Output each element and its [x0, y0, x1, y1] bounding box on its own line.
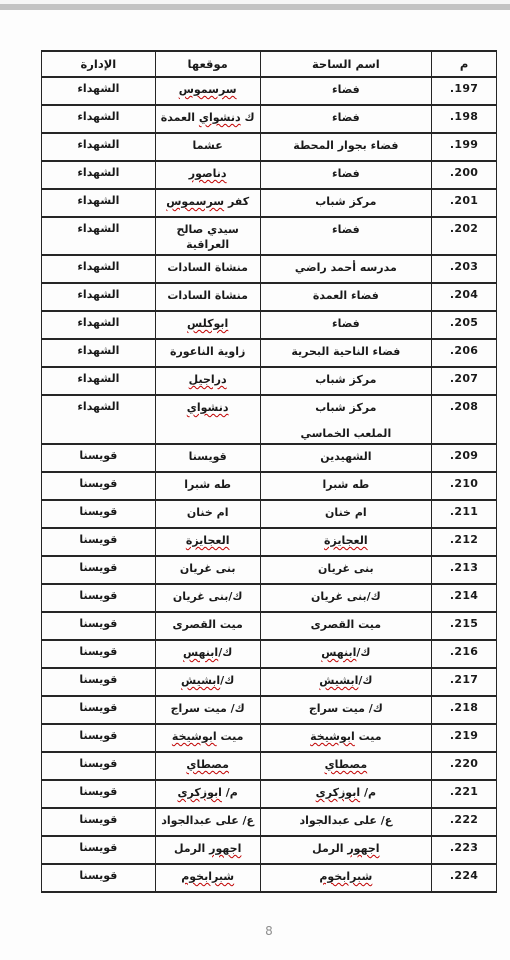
text-segment: الملعب الخماسي [300, 427, 391, 440]
cell-row-number: 208. [432, 395, 497, 444]
text-segment: زاوية الناعورة [170, 345, 245, 358]
cell-field-name: فضاء [260, 105, 432, 133]
cell-admin: الشهداء [42, 255, 156, 283]
cell-location: كفر سرسموس [155, 189, 260, 217]
table-row: 221.م/ ابوزكرىم/ ابوزكرىقويسنا [42, 780, 497, 808]
text-segment: الرمل [312, 842, 347, 855]
cell-line: فضاء [263, 222, 430, 237]
text-segment: العمدة [161, 111, 199, 124]
cell-line: شبرابخوم [158, 869, 258, 884]
misspelled-text-segment: ابوكلس [187, 317, 228, 330]
table-header: م اسم الساحة موقعها الإدارة [42, 51, 497, 77]
cell-location: ك/بنى غريان [155, 584, 260, 612]
text-segment: ع/ على عبدالجواد [299, 814, 392, 827]
table-row: 197.فضاءسرسموسالشهداء [42, 77, 497, 105]
cell-line: فضاء بجوار المحطة [263, 138, 430, 153]
text-segment: طه شبرا [184, 478, 231, 491]
cell-location: ام خنان [155, 500, 260, 528]
text-segment: ك/ [358, 674, 372, 687]
cell-line: ك/بنى غريان [263, 589, 430, 604]
cell-line: شبرابخوم [263, 869, 430, 884]
text-segment: ميت [355, 730, 382, 743]
cell-field-name: ام خنان [260, 500, 432, 528]
cell-admin: قويسنا [42, 444, 156, 472]
text-segment: منشاة السادات [167, 261, 248, 274]
cell-admin: الشهداء [42, 133, 156, 161]
cell-row-number: 210. [432, 472, 497, 500]
cell-line: بنى غريان [263, 561, 430, 576]
cell-admin: قويسنا [42, 668, 156, 696]
cell-location: ميت ابوشيخة [155, 724, 260, 752]
table-row: 217.ك/ابشيشك/ابشيشقويسنا [42, 668, 497, 696]
cell-admin: الشهداء [42, 105, 156, 133]
cell-admin: قويسنا [42, 836, 156, 864]
cell-line: م/ ابوزكرى [158, 785, 258, 800]
cell-admin: قويسنا [42, 640, 156, 668]
text-segment: فضاء [332, 223, 360, 236]
cell-line: قويسنا [158, 449, 258, 464]
misspelled-text-segment: ابوشيخة [310, 730, 355, 743]
cell-field-name: فضاء [260, 77, 432, 105]
cell-row-number: 203. [432, 255, 497, 283]
text-segment: ميت [217, 730, 244, 743]
cell-line: ك/بنى غريان [158, 589, 258, 604]
text-segment: مدرسه أحمد راضي [295, 261, 397, 274]
cell-line: كفر سرسموس [158, 194, 258, 209]
text-segment: كفر [224, 195, 249, 208]
cell-admin: قويسنا [42, 612, 156, 640]
cell-field-name: ك/بنى غريان [260, 584, 432, 612]
text-segment: فضاء العمدة [313, 289, 379, 302]
table-row: 219.ميت ابوشيخةميت ابوشيخةقويسنا [42, 724, 497, 752]
cell-row-number: 197. [432, 77, 497, 105]
cell-line: ام خنان [158, 505, 258, 520]
table-row: 220.مصطايمصطايقويسنا [42, 752, 497, 780]
misspelled-text-segment: دناصور [189, 167, 227, 180]
cell-line: فضاء الناحية البحرية [263, 344, 430, 359]
cell-row-number: 200. [432, 161, 497, 189]
text-segment: الرمل [174, 842, 209, 855]
cell-row-number: 199. [432, 133, 497, 161]
fields-table-container: م اسم الساحة موقعها الإدارة 197.فضاءسرسم… [41, 50, 497, 893]
cell-location: مصطاي [155, 752, 260, 780]
text-segment: ميت القصرى [172, 618, 242, 631]
cell-line: اجهور الرمل [263, 841, 430, 856]
text-segment: فضاء [332, 111, 360, 124]
cell-row-number: 221. [432, 780, 497, 808]
cell-location: دنشواي [155, 395, 260, 444]
cell-row-number: 206. [432, 339, 497, 367]
misspelled-text-segment: شبرابخوم [181, 870, 234, 883]
cell-line: فضاء [263, 316, 430, 331]
misspelled-text-segment: مصطاي [325, 758, 368, 771]
cell-row-number: 218. [432, 696, 497, 724]
cell-location: سيدي صالحالعراقية [155, 217, 260, 255]
cell-admin: قويسنا [42, 808, 156, 836]
cell-line: ك/ابنهس [158, 645, 258, 660]
header-cell-name: اسم الساحة [260, 51, 432, 77]
cell-field-name: فضاء [260, 161, 432, 189]
cell-line: ام خنان [263, 505, 430, 520]
cell-line: ميت القصرى [263, 617, 430, 632]
text-segment: مركز شباب [315, 373, 376, 386]
cell-field-name: فضاء الناحية البحرية [260, 339, 432, 367]
cell-field-name: مدرسه أحمد راضي [260, 255, 432, 283]
cell-line: العجايزة [158, 533, 258, 548]
cell-line: ميت ابوشيخة [263, 729, 430, 744]
cell-field-name: مصطاي [260, 752, 432, 780]
cell-location: منشاة السادات [155, 283, 260, 311]
cell-admin: الشهداء [42, 161, 156, 189]
cell-location: عشما [155, 133, 260, 161]
text-segment: بنى غريان [180, 562, 236, 575]
cell-line: الملعب الخماسي [263, 426, 430, 441]
cell-line: سرسموس [158, 82, 258, 97]
cell-field-name: ك/ابنهس [260, 640, 432, 668]
cell-field-name: العجايزة [260, 528, 432, 556]
cell-line: فضاء [263, 166, 430, 181]
cell-field-name: ميت القصرى [260, 612, 432, 640]
misspelled-text-segment: ابشيش [319, 674, 358, 687]
cell-field-name: شبرابخوم [260, 864, 432, 892]
cell-field-name: فضاء العمدة [260, 283, 432, 311]
cell-line: ابوكلس [158, 316, 258, 331]
cell-location: زاوية الناعورة [155, 339, 260, 367]
cell-admin: الشهداء [42, 189, 156, 217]
misspelled-text-segment: ابوزكرى [316, 786, 360, 799]
text-segment: قويسنا [189, 450, 227, 463]
cell-field-name: فضاء [260, 311, 432, 339]
cell-line: طه شبرا [158, 477, 258, 492]
text-segment: م/ [222, 786, 238, 799]
cell-line: فضاء [263, 110, 430, 125]
misspelled-text-segment: ابوزكرى [177, 786, 221, 799]
cell-location: العجايزة [155, 528, 260, 556]
cell-row-number: 202. [432, 217, 497, 255]
cell-line: فضاء [263, 82, 430, 97]
cell-row-number: 214. [432, 584, 497, 612]
text-segment: ك/ [218, 646, 232, 659]
cell-line: الشهيدين [263, 449, 430, 464]
cell-line: مصطاي [158, 757, 258, 772]
cell-line: دراجيل [158, 372, 258, 387]
cell-row-number: 201. [432, 189, 497, 217]
cell-line: مركز شباب [263, 372, 430, 387]
text-segment: ع/ على عبدالجواد [161, 814, 254, 827]
cell-admin: قويسنا [42, 528, 156, 556]
fields-table: م اسم الساحة موقعها الإدارة 197.فضاءسرسم… [41, 50, 497, 893]
cell-line: ك/ابنهس [263, 645, 430, 660]
cell-line: فضاء العمدة [263, 288, 430, 303]
cell-admin: قويسنا [42, 500, 156, 528]
cell-line: منشاة السادات [158, 260, 258, 275]
cell-line: زاوية الناعورة [158, 344, 258, 359]
text-segment: طه شبرا [322, 478, 369, 491]
text-segment: م/ [360, 786, 376, 799]
cell-row-number: 209. [432, 444, 497, 472]
table-row: 202.فضاءسيدي صالحالعراقيةالشهداء [42, 217, 497, 255]
text-segment: ك/ ميت سراج [171, 702, 245, 715]
cell-location: سرسموس [155, 77, 260, 105]
table-row: 205.فضاءابوكلسالشهداء [42, 311, 497, 339]
text-segment: فضاء الناحية البحرية [291, 345, 400, 358]
cell-admin: الشهداء [42, 311, 156, 339]
text-segment: فضاء [332, 167, 360, 180]
cell-row-number: 222. [432, 808, 497, 836]
cell-row-number: 217. [432, 668, 497, 696]
header-row: م اسم الساحة موقعها الإدارة [42, 51, 497, 77]
cell-row-number: 205. [432, 311, 497, 339]
cell-admin: قويسنا [42, 864, 156, 892]
text-segment: ك/ [220, 674, 234, 687]
cell-field-name: طه شبرا [260, 472, 432, 500]
cell-row-number: 219. [432, 724, 497, 752]
cell-row-number: 198. [432, 105, 497, 133]
table-row: 206.فضاء الناحية البحريةزاوية الناعورةال… [42, 339, 497, 367]
cell-line: عشما [158, 138, 258, 153]
table-row: 214.ك/بنى غريانك/بنى غريانقويسنا [42, 584, 497, 612]
cell-field-name: ك/ ميت سراج [260, 696, 432, 724]
table-row: 199.فضاء بجوار المحطةعشماالشهداء [42, 133, 497, 161]
document-page: م اسم الساحة موقعها الإدارة 197.فضاءسرسم… [0, 0, 510, 960]
text-segment: مركز شباب [315, 401, 376, 414]
cell-row-number: 207. [432, 367, 497, 395]
table-row: 201.مركز شبابكفر سرسموسالشهداء [42, 189, 497, 217]
text-segment: ك [241, 111, 255, 124]
cell-location: شبرابخوم [155, 864, 260, 892]
cell-field-name: الشهيدين [260, 444, 432, 472]
cell-field-name: مركز شبابالملعب الخماسي [260, 395, 432, 444]
text-segment: بنى غريان [318, 562, 374, 575]
cell-admin: قويسنا [42, 752, 156, 780]
cell-row-number: 213. [432, 556, 497, 584]
table-row: 209.الشهيدينقويسناقويسنا [42, 444, 497, 472]
text-segment: ام خنان [325, 506, 367, 519]
cell-line: طه شبرا [263, 477, 430, 492]
cell-location: ميت القصرى [155, 612, 260, 640]
text-segment: عشما [193, 139, 223, 152]
cell-line: دنشواي [158, 400, 258, 415]
text-segment: ك/ ميت سراج [309, 702, 383, 715]
cell-field-name: بنى غريان [260, 556, 432, 584]
cell-line: مصطاي [263, 757, 430, 772]
misspelled-text-segment: مصطاي [186, 758, 229, 771]
text-segment: سيدي صالح [176, 223, 238, 236]
cell-line: م/ ابوزكرى [263, 785, 430, 800]
cell-row-number: 224. [432, 864, 497, 892]
cell-field-name: ع/ على عبدالجواد [260, 808, 432, 836]
misspelled-text-segment: ابنهس [321, 646, 356, 659]
cell-field-name: ك/ابشيش [260, 668, 432, 696]
header-cell-location: موقعها [155, 51, 260, 77]
text-segment: ك/ [356, 646, 370, 659]
table-row: 198.فضاءك دنشواي العمدةالشهداء [42, 105, 497, 133]
cell-line: العراقية [158, 237, 258, 252]
cell-location: دراجيل [155, 367, 260, 395]
cell-admin: قويسنا [42, 584, 156, 612]
cell-location: ابوكلس [155, 311, 260, 339]
cell-line: ك/ ميت سراج [263, 701, 430, 716]
table-row: 207.مركز شبابدراجيلالشهداء [42, 367, 497, 395]
cell-field-name: م/ ابوزكرى [260, 780, 432, 808]
cell-line: ميت ابوشيخة [158, 729, 258, 744]
misspelled-text-segment: دنشواي [199, 111, 241, 124]
cell-admin: قويسنا [42, 724, 156, 752]
cell-line: دناصور [158, 166, 258, 181]
cell-line: ميت القصرى [158, 617, 258, 632]
cell-location: قويسنا [155, 444, 260, 472]
page-number: 8 [41, 924, 497, 938]
cell-row-number: 204. [432, 283, 497, 311]
cell-row-number: 212. [432, 528, 497, 556]
top-divider-bar [0, 4, 510, 10]
cell-field-name: مركز شباب [260, 189, 432, 217]
cell-location: طه شبرا [155, 472, 260, 500]
cell-row-number: 211. [432, 500, 497, 528]
text-segment: ك/بنى غريان [173, 590, 243, 603]
misspelled-text-segment: سرسموس [179, 83, 237, 96]
table-row: 203.مدرسه أحمد راضيمنشاة الساداتالشهداء [42, 255, 497, 283]
cell-location: م/ ابوزكرى [155, 780, 260, 808]
misspelled-text-segment: اجهور [209, 842, 241, 855]
cell-row-number: 223. [432, 836, 497, 864]
table-row: 211.ام خنانام خنانقويسنا [42, 500, 497, 528]
misspelled-text-segment: دراجيل [189, 373, 227, 386]
misspelled-text-segment: العجايزة [324, 534, 368, 547]
cell-row-number: 215. [432, 612, 497, 640]
misspelled-text-segment: سرسموس [166, 195, 224, 208]
header-cell-number: م [432, 51, 497, 77]
text-segment: ام خنان [187, 506, 229, 519]
cell-line: ك/ابشيش [158, 673, 258, 688]
cell-admin: قويسنا [42, 472, 156, 500]
cell-row-number: 220. [432, 752, 497, 780]
table-row: 200.فضاءدناصورالشهداء [42, 161, 497, 189]
cell-line: ع/ على عبدالجواد [158, 813, 258, 828]
misspelled-text-segment: دنشواي [187, 401, 229, 414]
table-row: 215.ميت القصرىميت القصرىقويسنا [42, 612, 497, 640]
cell-line: ك/ ميت سراج [158, 701, 258, 716]
table-row: 216.ك/ابنهسك/ابنهسقويسنا [42, 640, 497, 668]
misspelled-text-segment: شبرابخوم [319, 870, 372, 883]
text-segment: ك/بنى غريان [311, 590, 381, 603]
table-row: 223.اجهور الرملاجهور الرملقويسنا [42, 836, 497, 864]
cell-admin: الشهداء [42, 283, 156, 311]
text-segment: فضاء بجوار المحطة [293, 139, 398, 152]
text-segment: العراقية [186, 238, 229, 251]
cell-line: سيدي صالح [158, 222, 258, 237]
cell-location: بنى غريان [155, 556, 260, 584]
cell-location: اجهور الرمل [155, 836, 260, 864]
cell-admin: قويسنا [42, 556, 156, 584]
cell-admin: الشهداء [42, 217, 156, 255]
cell-admin: قويسنا [42, 780, 156, 808]
cell-row-number: 216. [432, 640, 497, 668]
misspelled-text-segment: ابوشيخة [172, 730, 217, 743]
text-segment: فضاء [332, 317, 360, 330]
cell-admin: الشهداء [42, 367, 156, 395]
cell-line: العجايزة [263, 533, 430, 548]
cell-line: ع/ على عبدالجواد [263, 813, 430, 828]
cell-location: ع/ على عبدالجواد [155, 808, 260, 836]
cell-line: مدرسه أحمد راضي [263, 260, 430, 275]
cell-admin: الشهداء [42, 77, 156, 105]
cell-location: منشاة السادات [155, 255, 260, 283]
cell-admin: قويسنا [42, 696, 156, 724]
text-segment: ميت القصرى [311, 618, 381, 631]
cell-field-name: فضاء بجوار المحطة [260, 133, 432, 161]
table-row: 208.مركز شبابالملعب الخماسيدنشوايالشهداء [42, 395, 497, 444]
text-segment: منشاة السادات [167, 289, 248, 302]
cell-line: مركز شباب [263, 194, 430, 209]
table-row: 204.فضاء العمدةمنشاة الساداتالشهداء [42, 283, 497, 311]
text-segment: فضاء [332, 83, 360, 96]
cell-line: مركز شباب [263, 400, 430, 415]
cell-location: دناصور [155, 161, 260, 189]
cell-location: ك/ابشيش [155, 668, 260, 696]
cell-location: ك/ ميت سراج [155, 696, 260, 724]
table-body: 197.فضاءسرسموسالشهداء198.فضاءك دنشواي ال… [42, 77, 497, 892]
misspelled-text-segment: العجايزة [186, 534, 230, 547]
cell-location: ك دنشواي العمدة [155, 105, 260, 133]
cell-line: ك دنشواي العمدة [158, 110, 258, 125]
table-row: 224.شبرابخومشبرابخومقويسنا [42, 864, 497, 892]
misspelled-text-segment: اجهور [347, 842, 379, 855]
cell-line: بنى غريان [158, 561, 258, 576]
cell-admin: الشهداء [42, 395, 156, 444]
misspelled-text-segment: ابشيش [181, 674, 220, 687]
table-row: 222.ع/ على عبدالجوادع/ على عبدالجوادقويس… [42, 808, 497, 836]
text-segment: مركز شباب [315, 195, 376, 208]
cell-field-name: اجهور الرمل [260, 836, 432, 864]
cell-line: ك/ابشيش [263, 673, 430, 688]
text-segment: الشهيدين [320, 450, 371, 463]
cell-field-name: ميت ابوشيخة [260, 724, 432, 752]
cell-admin: الشهداء [42, 339, 156, 367]
cell-line: منشاة السادات [158, 288, 258, 303]
table-row: 213.بنى غريانبنى غريانقويسنا [42, 556, 497, 584]
cell-field-name: فضاء [260, 217, 432, 255]
table-row: 218.ك/ ميت سراجك/ ميت سراجقويسنا [42, 696, 497, 724]
header-cell-admin: الإدارة [42, 51, 156, 77]
cell-field-name: مركز شباب [260, 367, 432, 395]
cell-line: اجهور الرمل [158, 841, 258, 856]
misspelled-text-segment: ابنهس [183, 646, 218, 659]
table-row: 212.العجايزةالعجايزةقويسنا [42, 528, 497, 556]
table-row: 210.طه شبراطه شبراقويسنا [42, 472, 497, 500]
cell-location: ك/ابنهس [155, 640, 260, 668]
